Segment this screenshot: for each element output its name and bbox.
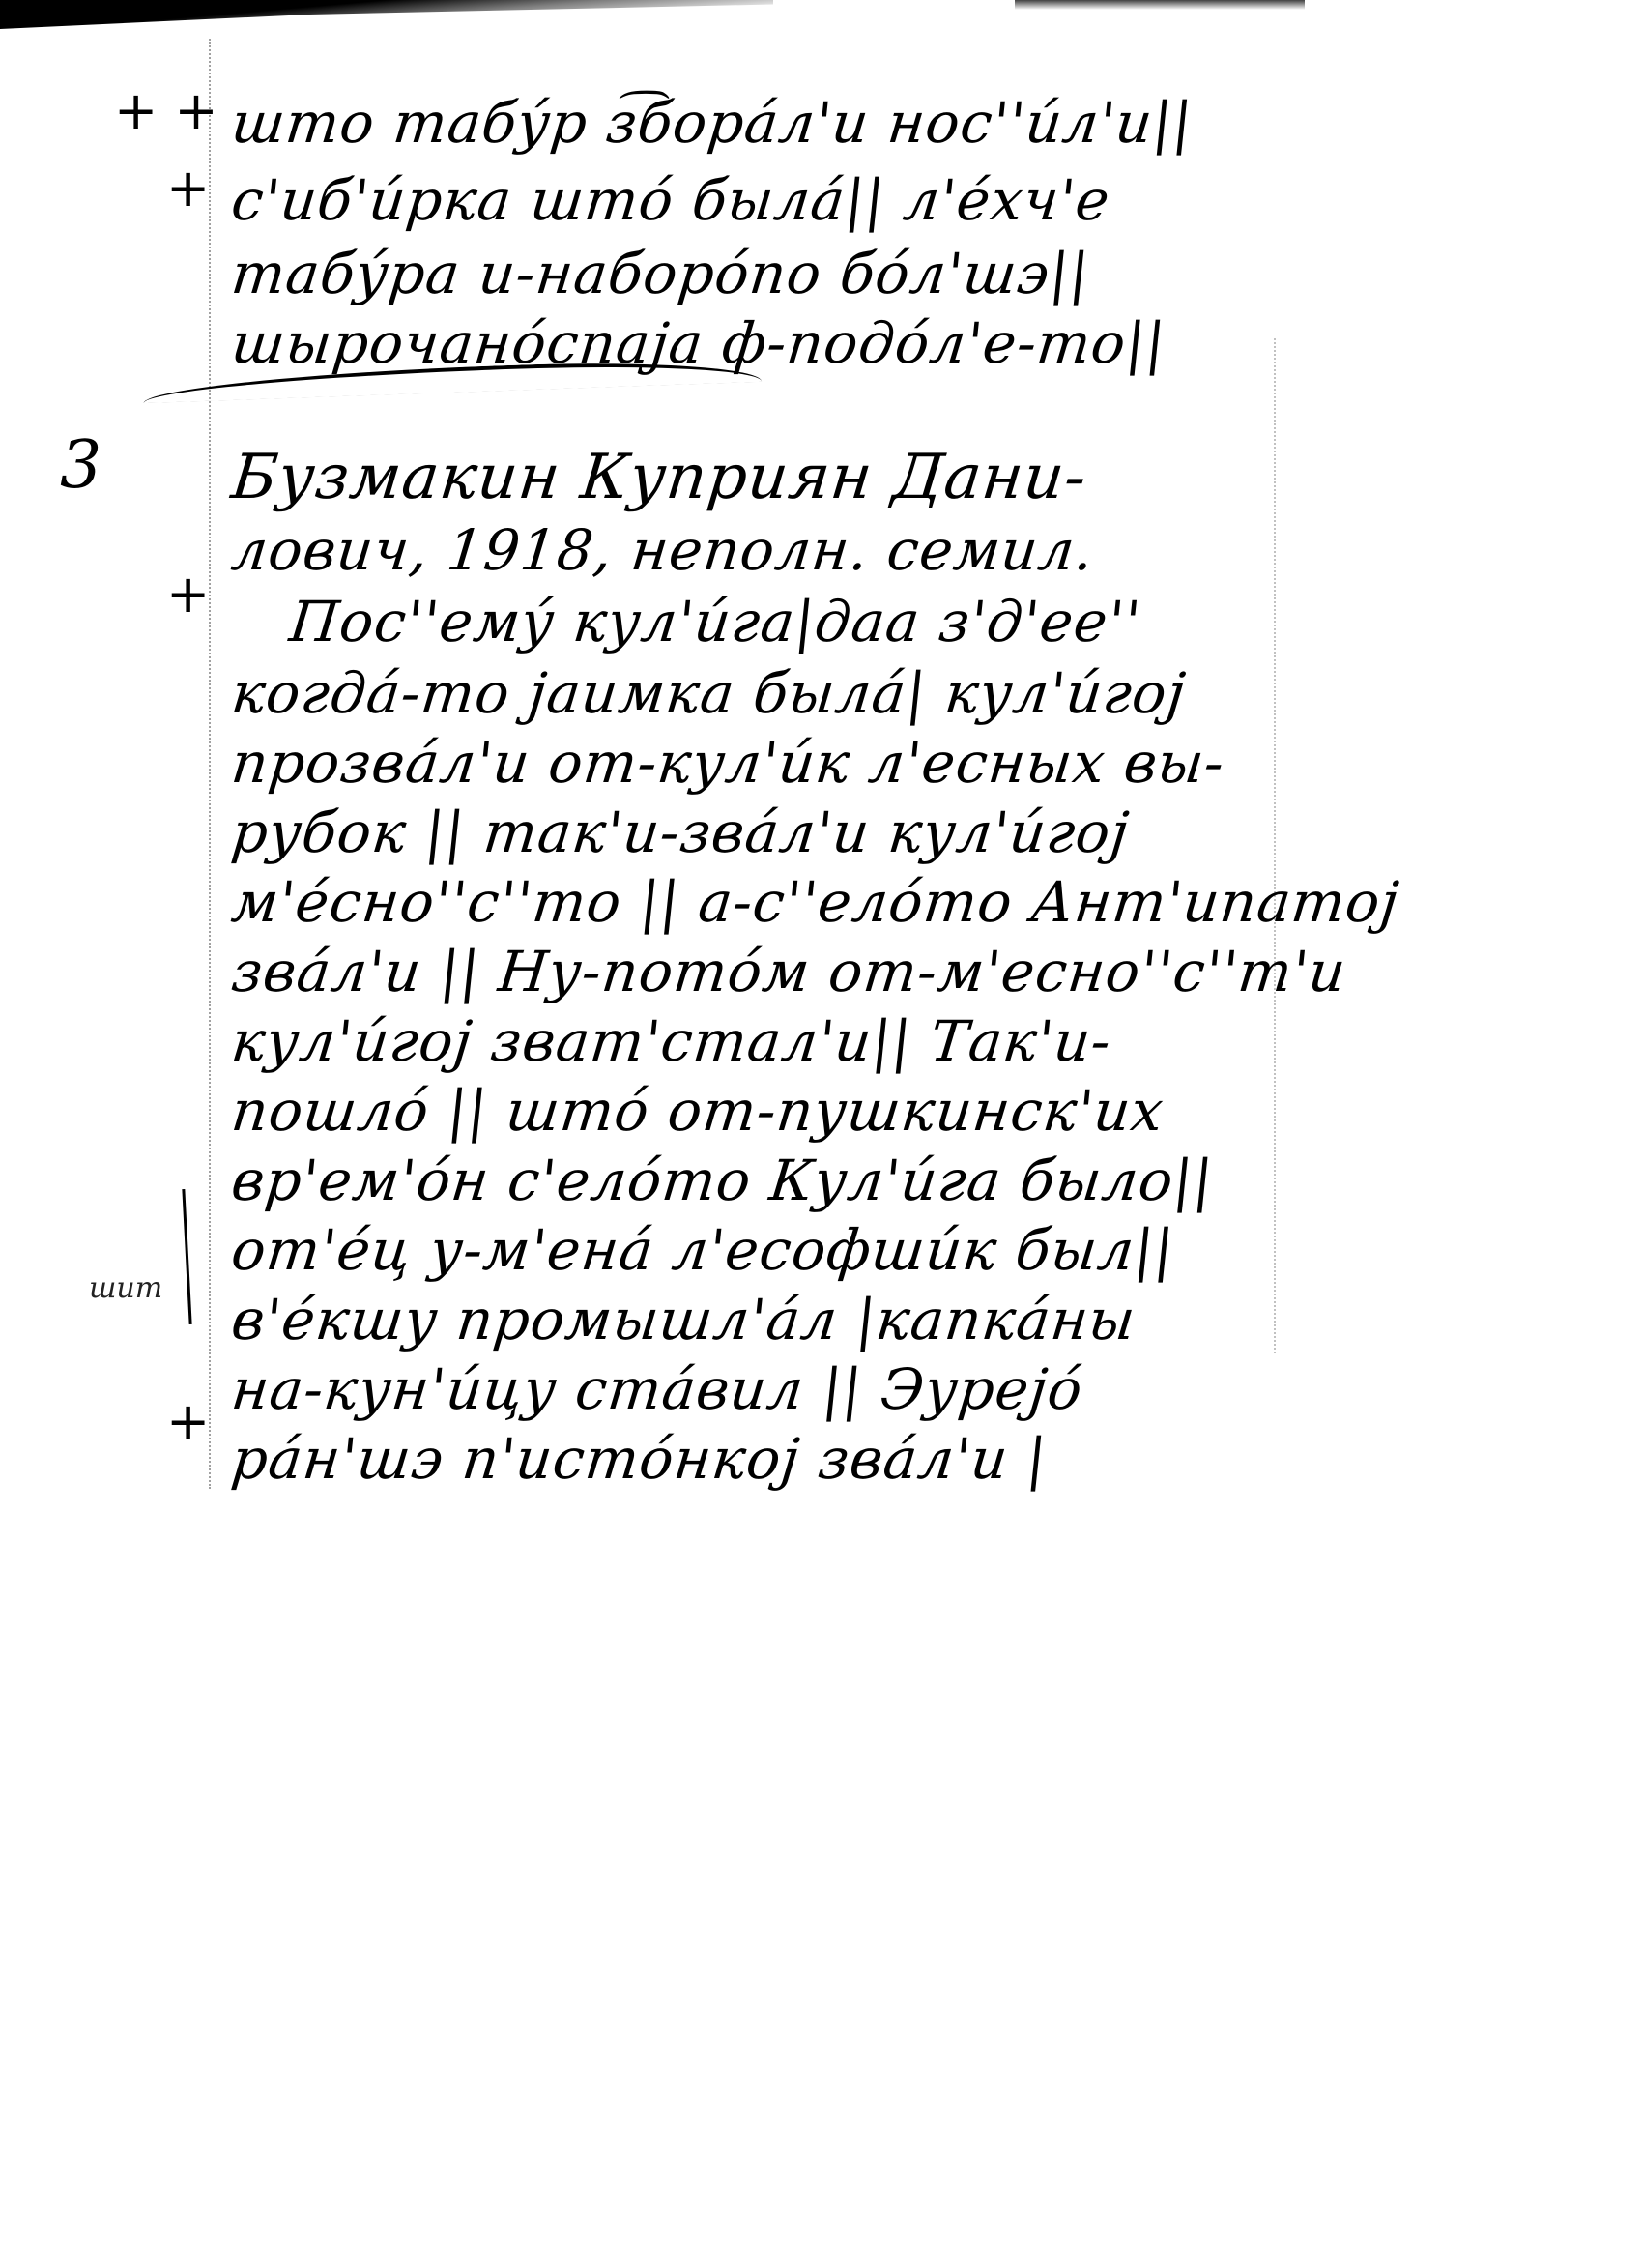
margin-bracket-stroke bbox=[182, 1189, 191, 1324]
text-line: с'иб'и́рка што́ была́|| л'е́хч'е bbox=[229, 172, 1113, 228]
margin-marker-plus: + bbox=[166, 568, 210, 621]
text-line-underlined: шырочанóсnaja ф-подо́л'е-то|| bbox=[229, 315, 1168, 371]
section-number: 3 bbox=[60, 433, 101, 499]
text-line: прозва́л'и от-кул'и́к л'есных вы- bbox=[229, 735, 1227, 791]
scan-edge-shadow bbox=[0, 0, 773, 29]
text-line: кул'и́гој зват'стал'и|| Так'и- bbox=[229, 1013, 1114, 1069]
text-line: когда́-то јаимка была́| кул'и́гој bbox=[229, 665, 1189, 721]
margin-note: шит bbox=[89, 1274, 162, 1303]
text-line: што табу́р з͡бора́л'и нос''и́л'и|| bbox=[229, 95, 1196, 151]
text-line: рубок || так'и-зва́л'и кул'и́гој bbox=[229, 804, 1132, 860]
margin-marker-plus: + bbox=[166, 162, 210, 215]
text-line: от'е́ц у-м'ена́ л'есофши́к был|| bbox=[229, 1222, 1177, 1278]
text-line: вр'ем'о́н с'ело́то Кул'и́га было|| bbox=[229, 1152, 1216, 1208]
text-line: табу́ра и-наборо́по бо́л'шэ|| bbox=[229, 246, 1092, 302]
speaker-header-line: Бузмакин Куприян Дани- bbox=[229, 447, 1090, 509]
left-margin-rule bbox=[209, 39, 211, 1489]
text-line: пошло́ || што́ от-пушкинск'их bbox=[229, 1083, 1167, 1139]
text-line: м'е́сно''с''то || а-с''ело́то Ант'ипатој bbox=[229, 874, 1402, 930]
margin-marker-double-plus: + + bbox=[114, 85, 218, 137]
right-margin-rule bbox=[1274, 338, 1276, 1353]
scan-edge-shadow-right bbox=[1015, 0, 1305, 10]
text-line: на-кун'и́цу ста́вил || Эуpejо́ bbox=[229, 1361, 1085, 1417]
margin-marker-plus: + bbox=[166, 1396, 210, 1448]
text-line: Пос''ему́ кул'и́га|даа з'д'ее'' bbox=[287, 594, 1144, 650]
text-line: в'е́кшу промышл'а́л |капка́ны bbox=[229, 1292, 1139, 1348]
speaker-header-line: лович, 1918, неполн. семил. bbox=[229, 522, 1097, 578]
text-line: зва́л'и || Ну-пото́м от-м'есно''с''т'и bbox=[229, 944, 1349, 1000]
text-line: ра́н'шэ п'исто́нкој зва́л'и | bbox=[229, 1431, 1050, 1487]
